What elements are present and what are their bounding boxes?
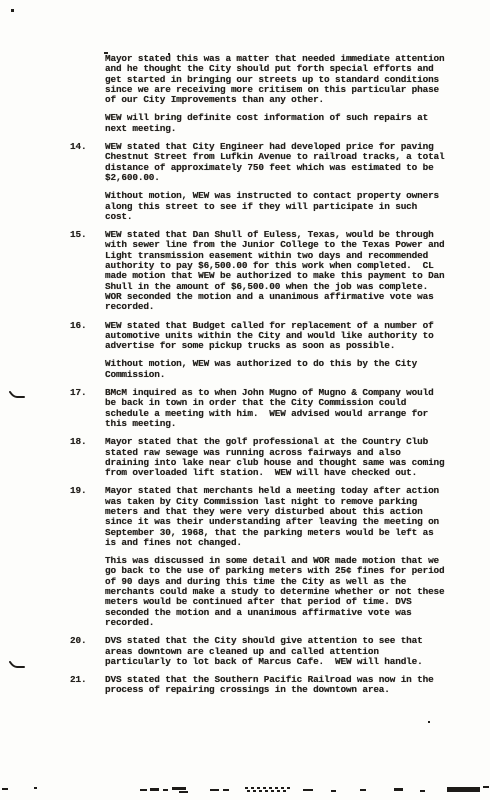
- item-body: DVS stated that the City should give att…: [105, 636, 445, 675]
- item-number: 14.: [70, 142, 105, 230]
- paragraph: Mayor stated that the golf professional …: [105, 437, 445, 478]
- item-number: 17.: [70, 388, 105, 437]
- item-number: 19.: [70, 486, 105, 636]
- intro-section: Mayor stated this was a matter that need…: [70, 54, 450, 134]
- paragraph: WEW stated that City Engineer had develo…: [105, 142, 445, 183]
- paragraph: DVS stated that the Southern Pacific Rai…: [105, 675, 445, 696]
- minutes-item-20: 20. DVS stated that the City should give…: [70, 636, 450, 675]
- paragraph: Mayor stated that merchants held a meeti…: [105, 486, 445, 548]
- item-number: 15.: [70, 230, 105, 320]
- scan-speck: [11, 9, 14, 12]
- paragraph: Mayor stated this was a matter that need…: [105, 54, 445, 105]
- minutes-item-15: 15. WEW stated that Dan Shull of Euless,…: [70, 230, 450, 320]
- item-body: DVS stated that the Southern Pacific Rai…: [105, 675, 445, 704]
- paragraph: Without motion, WEW was authorized to do…: [105, 359, 445, 380]
- scan-speck: [104, 52, 108, 54]
- paragraph: WEW stated that Budget called for replac…: [105, 321, 445, 352]
- item-body: WEW stated that Budget called for replac…: [105, 321, 445, 388]
- scan-speck: [428, 721, 430, 723]
- minutes-item-21: 21. DVS stated that the Southern Pacific…: [70, 675, 450, 704]
- item-body: WEW stated that Dan Shull of Euless, Tex…: [105, 230, 445, 320]
- document-page: Mayor stated this was a matter that need…: [70, 54, 450, 704]
- item-body: BMcM inquired as to when John Mugno of M…: [105, 388, 445, 437]
- handwritten-check-mark: [9, 660, 28, 671]
- item-number: 21.: [70, 675, 105, 704]
- handwritten-check-mark: [9, 390, 28, 401]
- item-body: Mayor stated that merchants held a meeti…: [105, 486, 445, 636]
- minutes-item-19: 19. Mayor stated that merchants held a m…: [70, 486, 450, 636]
- item-body: WEW stated that City Engineer had develo…: [105, 142, 445, 230]
- paragraph: WEW will bring definite cost information…: [105, 113, 445, 134]
- paragraph: DVS stated that the City should give att…: [105, 636, 445, 667]
- paragraph: BMcM inquired as to when John Mugno of M…: [105, 388, 445, 429]
- item-number: 18.: [70, 437, 105, 486]
- item-body: Mayor stated that the golf professional …: [105, 437, 445, 486]
- minutes-item-16: 16. WEW stated that Budget called for re…: [70, 321, 450, 388]
- item-number: 20.: [70, 636, 105, 675]
- item-number: 16.: [70, 321, 105, 388]
- minutes-item-18: 18. Mayor stated that the golf professio…: [70, 437, 450, 486]
- paragraph: Without motion, WEW was instructed to co…: [105, 191, 445, 222]
- minutes-item-17: 17. BMcM inquired as to when John Mugno …: [70, 388, 450, 437]
- paragraph: WEW stated that Dan Shull of Euless, Tex…: [105, 230, 445, 312]
- scan-speck: [168, 53, 170, 55]
- paragraph: This was discussed in some detail and WO…: [105, 556, 445, 628]
- minutes-item-14: 14. WEW stated that City Engineer had de…: [70, 142, 450, 230]
